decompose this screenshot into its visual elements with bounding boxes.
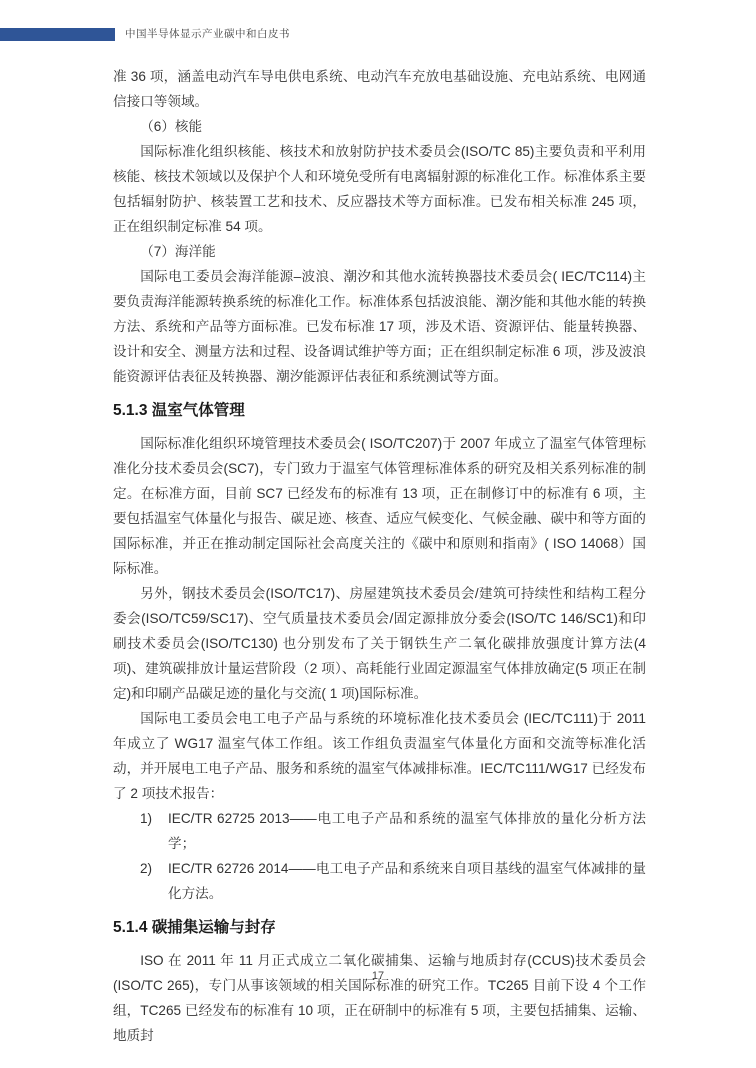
paragraph-iec-tc111: 国际电工委员会电工电子产品与系统的环境标准化技术委员会 (IEC/TC111)于… xyxy=(113,706,646,806)
page-body: 准 36 项，涵盖电动汽车导电供电系统、电动汽车充放电基础设施、充电站系统、电网… xyxy=(113,64,646,1048)
paragraph-other-iso-committees: 另外，钢技术委员会(ISO/TC17)、房屋建筑技术委员会/建筑可持续性和结构工… xyxy=(113,581,646,706)
header-accent-bar xyxy=(0,28,115,41)
list-label-ocean-energy: （7）海洋能 xyxy=(113,239,646,264)
list-item-number: 2) xyxy=(140,856,168,881)
section-heading-513-greenhouse-gas-management: 5.1.3 温室气体管理 xyxy=(113,400,646,422)
document-page: 中国半导体显示产业碳中和白皮书 准 36 项，涵盖电动汽车导电供电系统、电动汽车… xyxy=(0,0,756,1068)
page-number: 17 xyxy=(0,970,756,982)
header-title: 中国半导体显示产业碳中和白皮书 xyxy=(125,27,290,42)
section-heading-514-carbon-capture-transport-storage: 5.1.4 碳捕集运输与封存 xyxy=(113,917,646,939)
list-item-text: IEC/TR 62726 2014——电工电子产品和系统来自项目基线的温室气体减… xyxy=(168,856,646,906)
tech-report-list: 1) IEC/TR 62725 2013——电工电子产品和系统的温室气体排放的量… xyxy=(140,806,646,906)
list-item: 1) IEC/TR 62725 2013——电工电子产品和系统的温室气体排放的量… xyxy=(140,806,646,856)
paragraph-ocean-energy: 国际电工委员会海洋能源–波浪、潮汐和其他水流转换器技术委员会( IEC/TC11… xyxy=(113,264,646,389)
list-item-number: 1) xyxy=(140,806,168,831)
list-item-text: IEC/TR 62725 2013——电工电子产品和系统的温室气体排放的量化分析… xyxy=(168,806,646,856)
paragraph-iso-tc265-ccus: ISO 在 2011 年 11 月正式成立二氧化碳捕集、运输与地质封存(CCUS… xyxy=(113,948,646,1048)
paragraph-nuclear-energy: 国际标准化组织核能、核技术和放射防护技术委员会(ISO/TC 85)主要负责和平… xyxy=(113,139,646,239)
paragraph-ev-standards-continuation: 准 36 项，涵盖电动汽车导电供电系统、电动汽车充放电基础设施、充电站系统、电网… xyxy=(113,64,646,114)
paragraph-iso-tc207: 国际标准化组织环境管理技术委员会( ISO/TC207)于 2007 年成立了温… xyxy=(113,431,646,581)
list-item: 2) IEC/TR 62726 2014——电工电子产品和系统来自项目基线的温室… xyxy=(140,856,646,906)
list-label-nuclear-energy: （6）核能 xyxy=(113,114,646,139)
